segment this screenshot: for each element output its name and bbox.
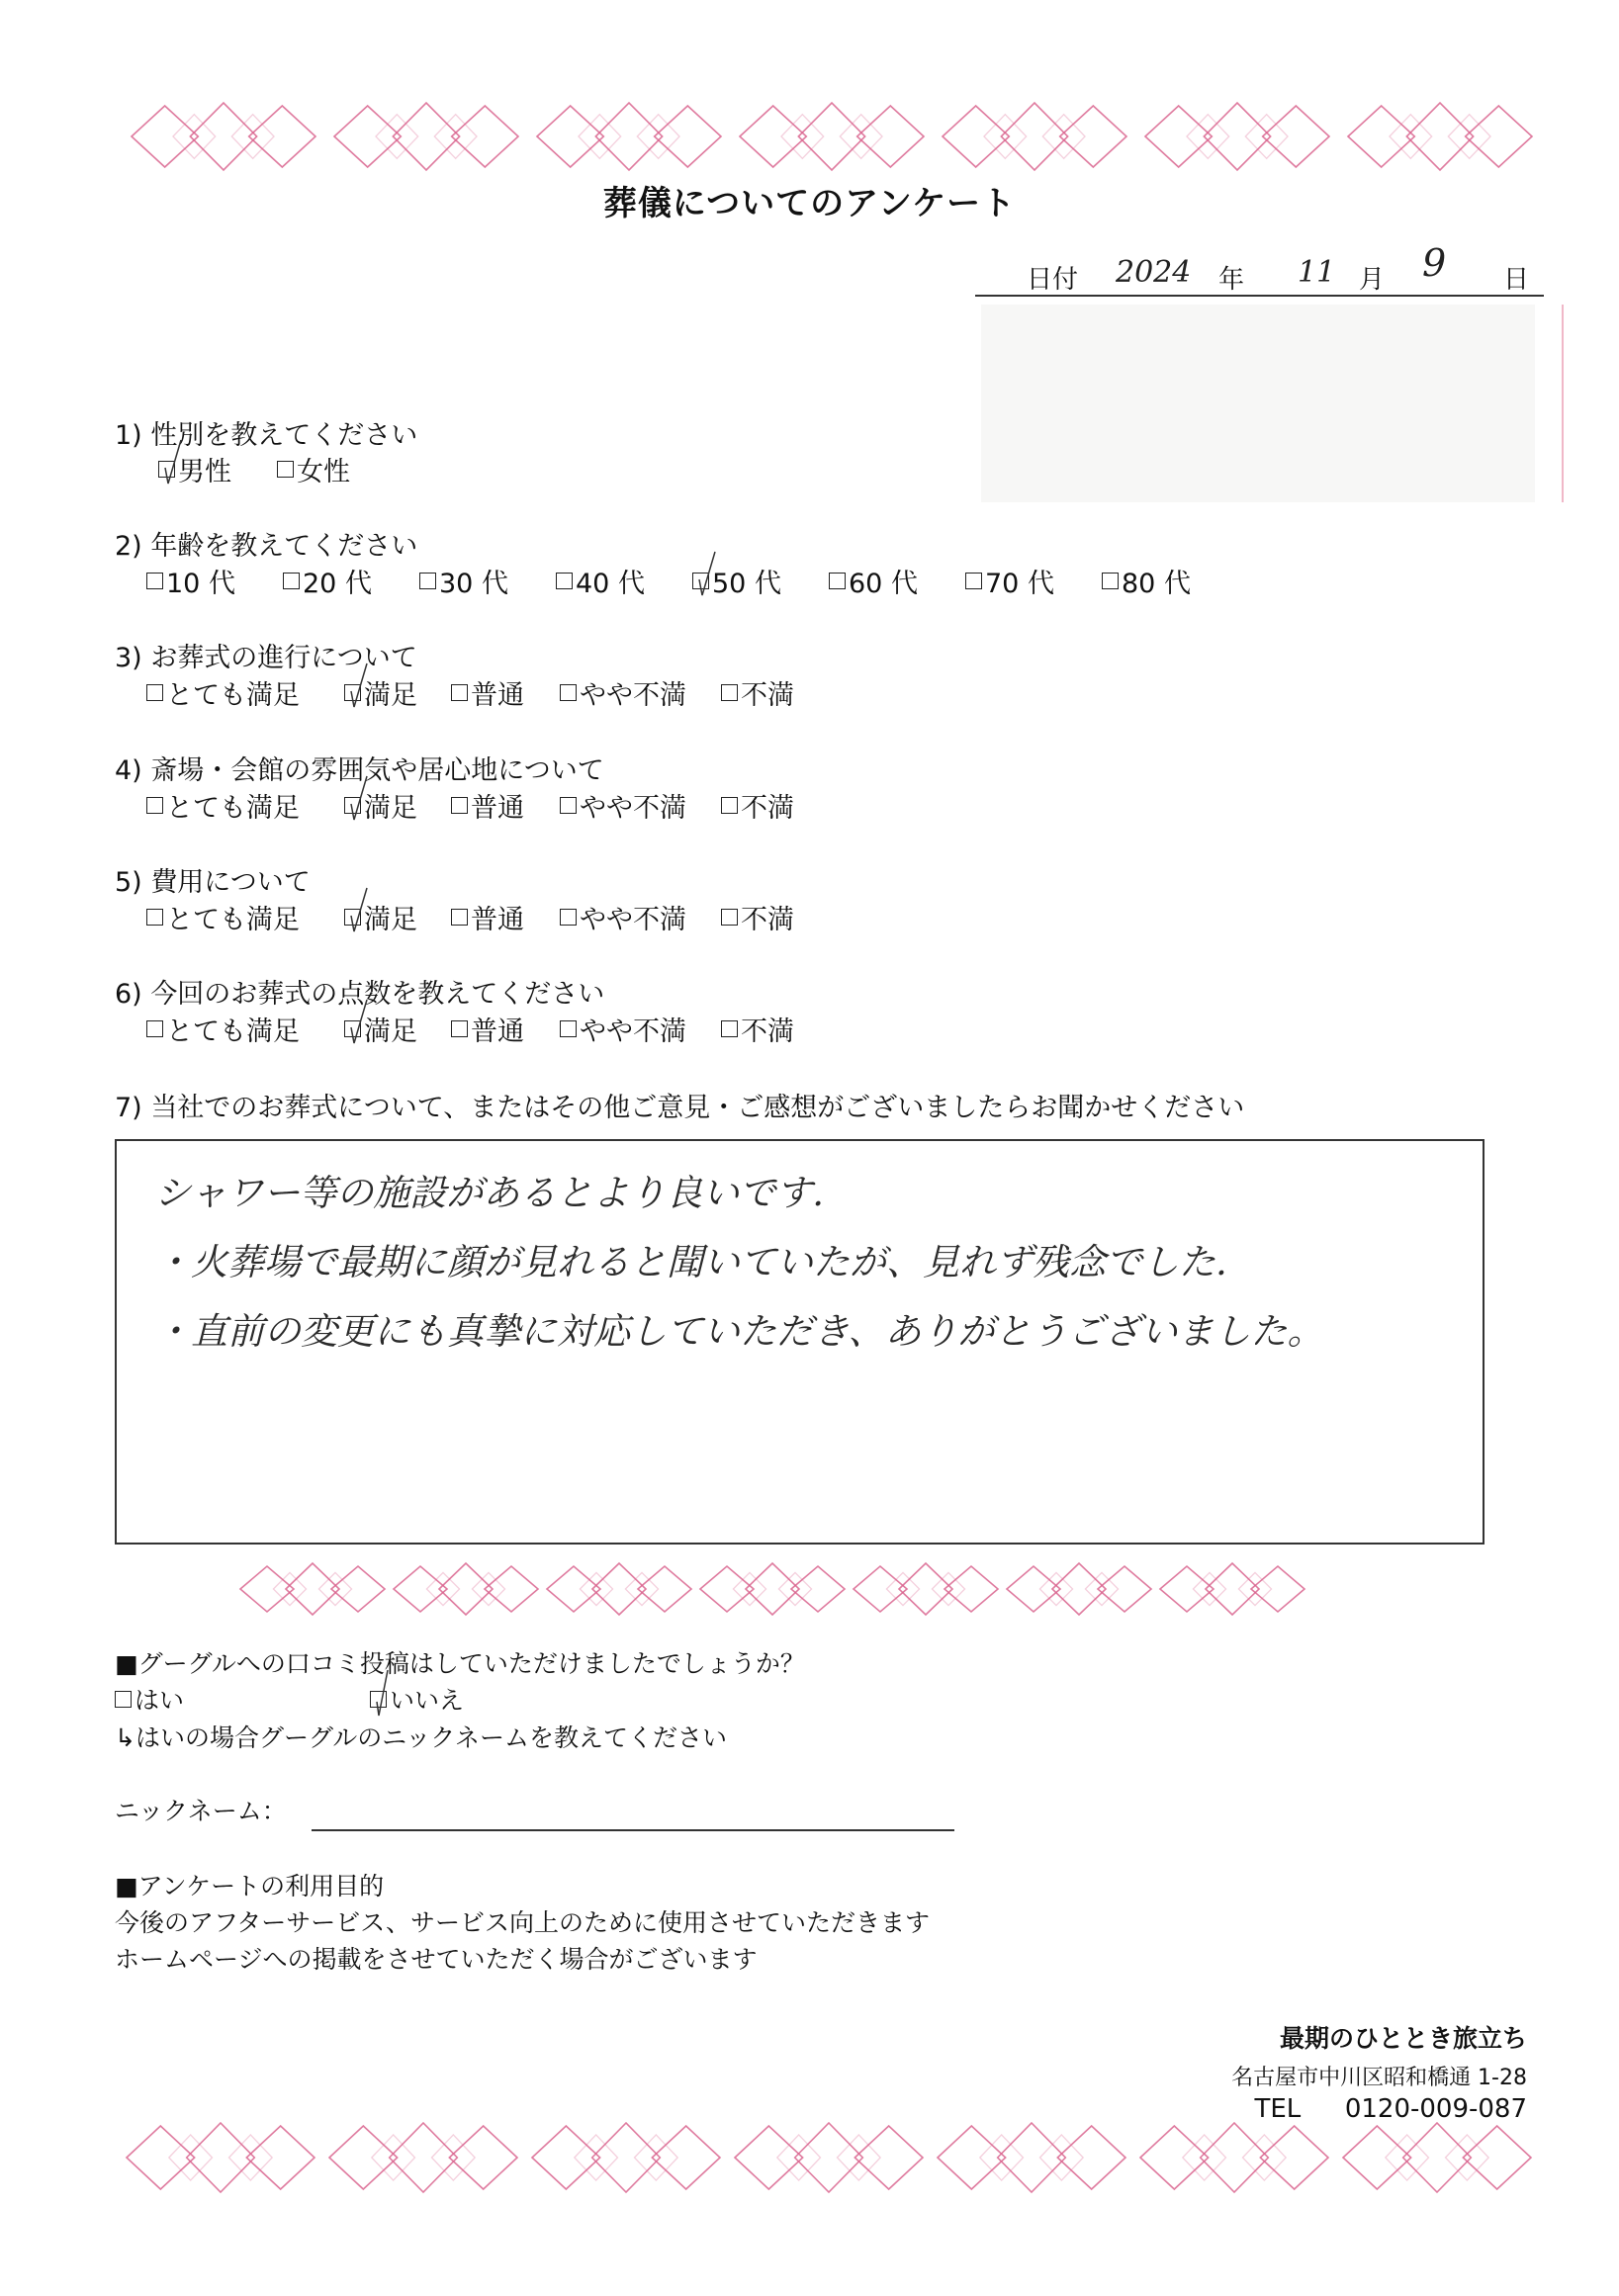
checkbox[interactable] <box>560 797 577 814</box>
option[interactable]: 10 代 <box>146 562 283 600</box>
question-text: 年齢を教えてください <box>150 531 417 562</box>
diamond-ornament-icon <box>855 1564 996 1614</box>
option-label: 80 代 <box>1122 562 1191 600</box>
diamond-ornament-icon <box>129 2124 313 2191</box>
option-label: 女性 <box>297 450 350 488</box>
date-shaded-area <box>981 305 1535 502</box>
option[interactable]: 満足 <box>344 898 451 936</box>
option[interactable]: 普通 <box>451 786 560 825</box>
option-label: とても満足 <box>166 673 300 712</box>
date-month-value[interactable]: 11 <box>1298 255 1335 290</box>
date-year-unit: 年 <box>1218 259 1244 296</box>
option[interactable]: 40 代 <box>556 562 692 600</box>
checkbox[interactable] <box>277 461 294 478</box>
date-year-value[interactable]: 2024 <box>1116 255 1191 290</box>
date-day-unit: 日 <box>1503 259 1529 296</box>
checkbox-yes[interactable] <box>115 1691 132 1708</box>
option-label: 60 代 <box>849 562 918 600</box>
diamond-ornament-icon <box>539 104 719 169</box>
decorative-diamond-border-middle <box>0 1564 1619 1643</box>
option[interactable]: 満足 <box>344 673 451 712</box>
checkbox[interactable] <box>146 573 163 589</box>
question-1-title: 1) 性別を教えてください <box>115 413 417 452</box>
question-7-title: 7) 当社でのお葬式について、またはその他ご意見・ご感想がございましたらお聞かせ… <box>115 1086 1244 1124</box>
option-label: 不満 <box>741 786 794 825</box>
option[interactable]: 不満 <box>721 898 820 936</box>
option[interactable]: とても満足 <box>146 1010 344 1048</box>
checkbox[interactable] <box>451 797 468 814</box>
question-text: 費用について <box>150 867 310 898</box>
option-label: 満足 <box>364 1010 417 1048</box>
date-month-unit: 月 <box>1359 259 1385 296</box>
checkbox[interactable] <box>829 573 846 589</box>
option-label: やや不満 <box>580 898 686 936</box>
question-4-title: 4) 斎場・会館の雰囲気や居心地について <box>115 749 604 787</box>
option-label: 男性 <box>178 450 231 488</box>
option-label: 30 代 <box>439 562 508 600</box>
question-text: 性別を教えてください <box>150 420 417 451</box>
option[interactable]: 60 代 <box>829 562 965 600</box>
option[interactable]: 30 代 <box>419 562 556 600</box>
diamond-ornament-icon <box>534 2124 718 2191</box>
diamond-ornament-icon <box>702 1564 843 1614</box>
question-1-options: 男性女性 <box>158 450 415 488</box>
option-label: 不満 <box>741 673 794 712</box>
question-text: お葬式の進行について <box>150 643 416 673</box>
checkbox[interactable] <box>146 909 163 926</box>
checkbox[interactable] <box>344 1020 361 1037</box>
diamond-ornament-icon <box>1142 2124 1326 2191</box>
company-name: 最期のひととき旅立ち <box>1280 2019 1527 2055</box>
option[interactable]: とても満足 <box>146 786 344 825</box>
option[interactable]: とても満足 <box>146 898 344 936</box>
nickname-prompt: ↳はいの場合グーグルのニックネームを教えてください <box>115 1719 727 1754</box>
question-number: 5) <box>115 867 142 898</box>
date-pink-edge <box>1562 305 1564 502</box>
option-label: 普通 <box>471 1010 524 1048</box>
diamond-ornament-icon <box>1345 2124 1529 2191</box>
decorative-diamond-border-top <box>0 104 1619 183</box>
option-yes[interactable]: はい <box>115 1681 370 1717</box>
checkbox[interactable] <box>283 573 300 589</box>
option[interactable]: 普通 <box>451 1010 560 1048</box>
diamond-ornament-icon <box>1350 104 1530 169</box>
option-label: 満足 <box>364 898 417 936</box>
option[interactable]: 20 代 <box>283 562 419 600</box>
option-label: 40 代 <box>576 562 645 600</box>
option-label: とても満足 <box>166 1010 300 1048</box>
usage-purpose-line: ホームページへの掲載をさせていただく場合がございます <box>115 1940 758 1976</box>
diamond-ornament-icon <box>737 2124 921 2191</box>
option[interactable]: 80 代 <box>1102 562 1238 600</box>
option-label: 満足 <box>364 673 417 712</box>
option-label: 普通 <box>471 786 524 825</box>
usage-purpose-heading: ■アンケートの利用目的 <box>115 1867 384 1902</box>
checkbox[interactable] <box>721 797 738 814</box>
question-5-options: とても満足満足普通やや不満不満 <box>146 898 820 936</box>
option[interactable]: 50 代 <box>692 562 829 600</box>
google-review-options: はい いいえ <box>115 1681 464 1717</box>
checkbox[interactable] <box>451 684 468 701</box>
option[interactable]: やや不満 <box>560 898 721 936</box>
question-number: 7) <box>115 1093 142 1123</box>
option-label: はい <box>135 1681 184 1717</box>
question-number: 6) <box>115 979 142 1010</box>
question-number: 3) <box>115 643 142 673</box>
option[interactable]: 女性 <box>277 450 415 488</box>
question-number: 2) <box>115 531 142 562</box>
date-label: 日付 <box>1027 259 1078 296</box>
question-6-options: とても満足満足普通やや不満不満 <box>146 1010 820 1048</box>
question-6-title: 6) 今回のお葬式の点数を教えてください <box>115 972 604 1011</box>
question-5-title: 5) 費用について <box>115 860 311 899</box>
page-title: 葬儀についてのアンケート <box>0 176 1619 224</box>
option-label: 20 代 <box>303 562 372 600</box>
option-label: とても満足 <box>166 786 300 825</box>
tel-label: TEL <box>1254 2094 1301 2124</box>
question-3-options: とても満足満足普通やや不満不満 <box>146 673 820 712</box>
option-no[interactable]: いいえ <box>370 1681 464 1717</box>
option[interactable]: 満足 <box>344 1010 451 1048</box>
question-text: 当社でのお葬式について、またはその他ご意見・ご感想がございましたらお聞かせくださ… <box>150 1093 1244 1123</box>
comment-line: ・直前の変更にも真摯に対応していただき、ありがとうございました。 <box>154 1301 1324 1355</box>
option[interactable]: やや不満 <box>560 1010 721 1048</box>
comment-textarea[interactable]: シャワー等の施設があるとより良いです. ・火葬場で最期に顔が見れると聞いていたが… <box>115 1139 1484 1545</box>
checkbox[interactable] <box>560 1020 577 1037</box>
checkbox[interactable] <box>419 573 436 589</box>
comment-line: シャワー等の施設があるとより良いです. <box>154 1163 824 1216</box>
question-2-title: 2) 年齢を教えてください <box>115 524 417 563</box>
question-text: 今回のお葬式の点数を教えてください <box>150 979 604 1010</box>
question-2-options: 10 代20 代30 代40 代50 代60 代70 代80 代 <box>146 562 1238 600</box>
question-number: 1) <box>115 420 142 451</box>
option-label: やや不満 <box>580 673 686 712</box>
diamond-ornament-icon <box>1147 104 1327 169</box>
checkbox[interactable] <box>1102 573 1119 589</box>
checkbox[interactable] <box>146 1020 163 1037</box>
google-review-heading: ■グーグルへの口コミ投稿はしていただけましたでしょうか？ <box>115 1644 805 1680</box>
diamond-ornament-icon <box>242 1564 383 1614</box>
checkbox[interactable] <box>146 797 163 814</box>
option[interactable]: 普通 <box>451 898 560 936</box>
option-label: 50 代 <box>712 562 781 600</box>
question-number: 4) <box>115 755 142 786</box>
diamond-ornament-icon <box>742 104 922 169</box>
checkbox[interactable] <box>692 573 709 589</box>
checkbox[interactable] <box>344 684 361 701</box>
option[interactable]: 70 代 <box>965 562 1102 600</box>
checkbox[interactable] <box>560 909 577 926</box>
option-label: 普通 <box>471 898 524 936</box>
option-label: 普通 <box>471 673 524 712</box>
checkbox[interactable] <box>721 1020 738 1037</box>
question-4-options: とても満足満足普通やや不満不満 <box>146 786 820 825</box>
option[interactable]: 普通 <box>451 673 560 712</box>
checkbox[interactable] <box>344 909 361 926</box>
nickname-label: ニックネーム： <box>115 1792 287 1827</box>
option[interactable]: 不満 <box>721 1010 820 1048</box>
option[interactable]: やや不満 <box>560 673 721 712</box>
option-label: 満足 <box>364 786 417 825</box>
diamond-ornament-icon <box>1162 1564 1303 1614</box>
option-label: 70 代 <box>985 562 1054 600</box>
checkbox[interactable] <box>451 1020 468 1037</box>
option-label: 不満 <box>741 898 794 936</box>
diamond-ornament-icon <box>1009 1564 1149 1614</box>
usage-purpose-line: 今後のアフターサービス、サービス向上のために使用させていただきます <box>115 1903 930 1939</box>
date-day-value[interactable]: 9 <box>1422 241 1446 285</box>
option[interactable]: 満足 <box>344 786 451 825</box>
decorative-diamond-border-bottom <box>0 2124 1619 2203</box>
checkbox[interactable] <box>556 573 573 589</box>
diamond-ornament-icon <box>331 2124 515 2191</box>
nickname-input[interactable] <box>312 1829 954 1831</box>
option[interactable]: とても満足 <box>146 673 344 712</box>
checkbox[interactable] <box>965 573 982 589</box>
option-label: やや不満 <box>580 786 686 825</box>
checkbox-no[interactable] <box>370 1691 387 1708</box>
diamond-ornament-icon <box>549 1564 689 1614</box>
checkbox[interactable] <box>344 797 361 814</box>
question-3-title: 3) お葬式の進行について <box>115 636 417 674</box>
option-label: やや不満 <box>580 1010 686 1048</box>
company-address: 名古屋市中川区昭和橋通 1-28 <box>1231 2061 1527 2091</box>
option-label: いいえ <box>390 1681 464 1717</box>
comment-line: ・火葬場で最期に顔が見れると聞いていたが、見れず残念でした. <box>154 1232 1227 1285</box>
checkbox[interactable] <box>451 909 468 926</box>
option-label: 10 代 <box>166 562 235 600</box>
tel-number[interactable]: 0120-009-087 <box>1345 2094 1527 2124</box>
diamond-ornament-icon <box>336 104 516 169</box>
checkbox[interactable] <box>560 684 577 701</box>
checkbox[interactable] <box>146 684 163 701</box>
company-phone: TEL 0120-009-087 <box>1254 2094 1527 2124</box>
option[interactable]: やや不満 <box>560 786 721 825</box>
checkbox[interactable] <box>721 684 738 701</box>
option[interactable]: 男性 <box>158 450 277 488</box>
checkbox[interactable] <box>721 909 738 926</box>
diamond-ornament-icon <box>944 104 1124 169</box>
diamond-ornament-icon <box>940 2124 1124 2191</box>
diamond-ornament-icon <box>396 1564 536 1614</box>
option-label: とても満足 <box>166 898 300 936</box>
checkbox[interactable] <box>158 461 175 478</box>
diamond-ornament-icon <box>134 104 314 169</box>
option[interactable]: 不満 <box>721 673 820 712</box>
question-text: 斎場・会館の雰囲気や居心地について <box>150 755 603 786</box>
option-label: 不満 <box>741 1010 794 1048</box>
option[interactable]: 不満 <box>721 786 820 825</box>
